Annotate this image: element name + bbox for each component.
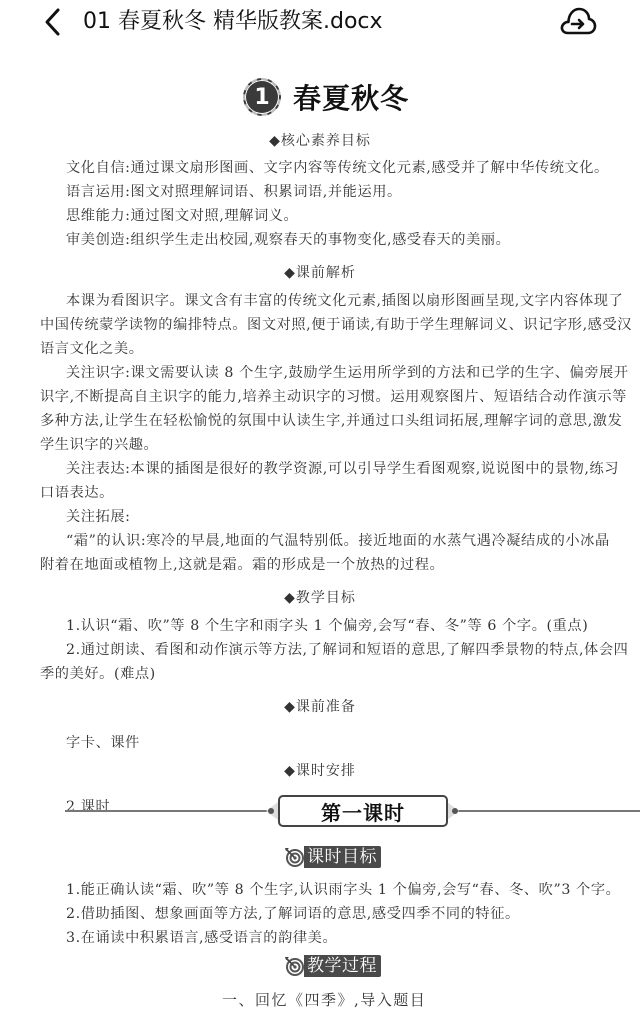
section-heading-preparation: ◆课前准备 bbox=[0, 696, 640, 716]
lesson-number-badge: 1 bbox=[243, 78, 281, 116]
period-goals-label: 课时目标 bbox=[304, 846, 381, 868]
paragraph-line: 语言文化之美。 bbox=[40, 337, 144, 361]
paragraph-line: 季的美好。(难点) bbox=[40, 662, 156, 686]
paragraph-line: 关注识字:课文需要认读 8 个生字,鼓励学生运用所学到的方法和已学的生字、偏旁展… bbox=[66, 361, 629, 385]
paragraph-line: “霜”的认识:寒冷的早晨,地面的气温特别低。接近地面的水蒸气遇冷凝结成的小冰晶 bbox=[66, 529, 610, 553]
paragraph-line: 语言运用:图文对照理解词语、积累词语,并能运用。 bbox=[66, 180, 402, 204]
section-heading-core-goals: ◆核心素养目标 bbox=[0, 130, 640, 150]
paragraph-line: 思维能力:通过图文对照,理解词义。 bbox=[66, 204, 298, 228]
chevron-left-icon bbox=[43, 7, 63, 37]
paragraph-line: 1.认识“霜、吹”等 8 个生字和雨字头 1 个偏旁,会写“春、冬”等 6 个字… bbox=[66, 614, 588, 638]
paragraph-line: 文化自信:通过课文扇形图画、文字内容等传统文化元素,感受并了解中华传统文化。 bbox=[66, 156, 609, 180]
paragraph-line: 学生识字的兴趣。 bbox=[40, 433, 158, 457]
paragraph-line: 关注表达:本课的插图是很好的教学资源,可以引导学生看图观察,说说图中的景物,练习 bbox=[66, 457, 619, 481]
paragraph-line: 识字,不断提高自主识字的能力,培养主动识字的习惯。运用观察图片、短语结合动作演示… bbox=[40, 385, 627, 409]
target-icon bbox=[284, 846, 304, 868]
paragraph-line: 多种方法,让学生在轻松愉悦的氛围中认读生字,并通过口头组词拓展,理解字词的意思,… bbox=[40, 409, 622, 433]
section-heading-pre-analysis: ◆课前解析 bbox=[0, 262, 640, 282]
cloud-upload-icon bbox=[559, 5, 597, 37]
period-one-title: 第一课时 bbox=[278, 795, 448, 827]
paragraph-line: 本课为看图识字。课文含有丰富的传统文化元素,插图以扇形图画呈现,文字内容体现了 bbox=[66, 289, 623, 313]
teaching-process-tag: 教学过程 bbox=[284, 955, 381, 977]
paragraph-line: 中国传统蒙学读物的编排特点。图文对照,便于诵读,有助于学生理解词义、识记字形,感… bbox=[40, 313, 632, 337]
lesson-title: 春夏秋冬 bbox=[293, 77, 409, 117]
section-heading-schedule: ◆课时安排 bbox=[0, 760, 640, 780]
back-button[interactable] bbox=[38, 6, 68, 38]
period-goals-tag: 课时目标 bbox=[284, 846, 381, 868]
paragraph-line: 口语表达。 bbox=[40, 481, 114, 505]
paragraph-line: 3.在诵读中积累语言,感受语言的韵律美。 bbox=[66, 926, 337, 950]
divider-line-left bbox=[65, 810, 270, 812]
document-title: 01 春夏秋冬 精华版教案.docx bbox=[83, 4, 383, 40]
cloud-upload-button[interactable] bbox=[558, 4, 598, 38]
paragraph-line: 1.能正确认读“霜、吹”等 8 个生字,认识雨字头 1 个偏旁,会写“春、冬、吹… bbox=[66, 878, 620, 902]
schedule-text: 2 课时 bbox=[66, 795, 110, 819]
document-page: 1 春夏秋冬 ◆核心素养目标 文化自信:通过课文扇形图画、文字内容等传统文化元素… bbox=[0, 44, 640, 1034]
step-heading: 一、回忆《四季》,导入题目 bbox=[222, 988, 426, 1012]
paragraph-line: 附着在地面或植物上,这就是霜。霜的形成是一个放热的过程。 bbox=[40, 553, 444, 577]
paragraph-line: 审美创造:组织学生走出校园,观察春天的事物变化,感受春天的美丽。 bbox=[66, 228, 510, 252]
preparation-text: 字卡、课件 bbox=[66, 731, 140, 755]
teaching-process-label: 教学过程 bbox=[304, 955, 381, 977]
target-icon bbox=[284, 955, 304, 977]
section-heading-teaching-goals: ◆教学目标 bbox=[0, 587, 640, 607]
paragraph-line: 2.借助插图、想象画面等方法,了解词语的意思,感受四季不同的特征。 bbox=[66, 902, 520, 926]
top-bar: 01 春夏秋冬 精华版教案.docx bbox=[0, 0, 640, 44]
paragraph-line: 2.通过朗读、看图和动作演示等方法,了解词和短语的意思,了解四季景物的特点,体会… bbox=[66, 638, 628, 662]
divider-dot-left bbox=[268, 808, 274, 814]
divider-line-right bbox=[456, 810, 640, 812]
divider-dot-right bbox=[452, 808, 458, 814]
lesson-heading: 1 春夏秋冬 bbox=[243, 77, 409, 117]
paragraph-line: 关注拓展: bbox=[66, 505, 131, 529]
